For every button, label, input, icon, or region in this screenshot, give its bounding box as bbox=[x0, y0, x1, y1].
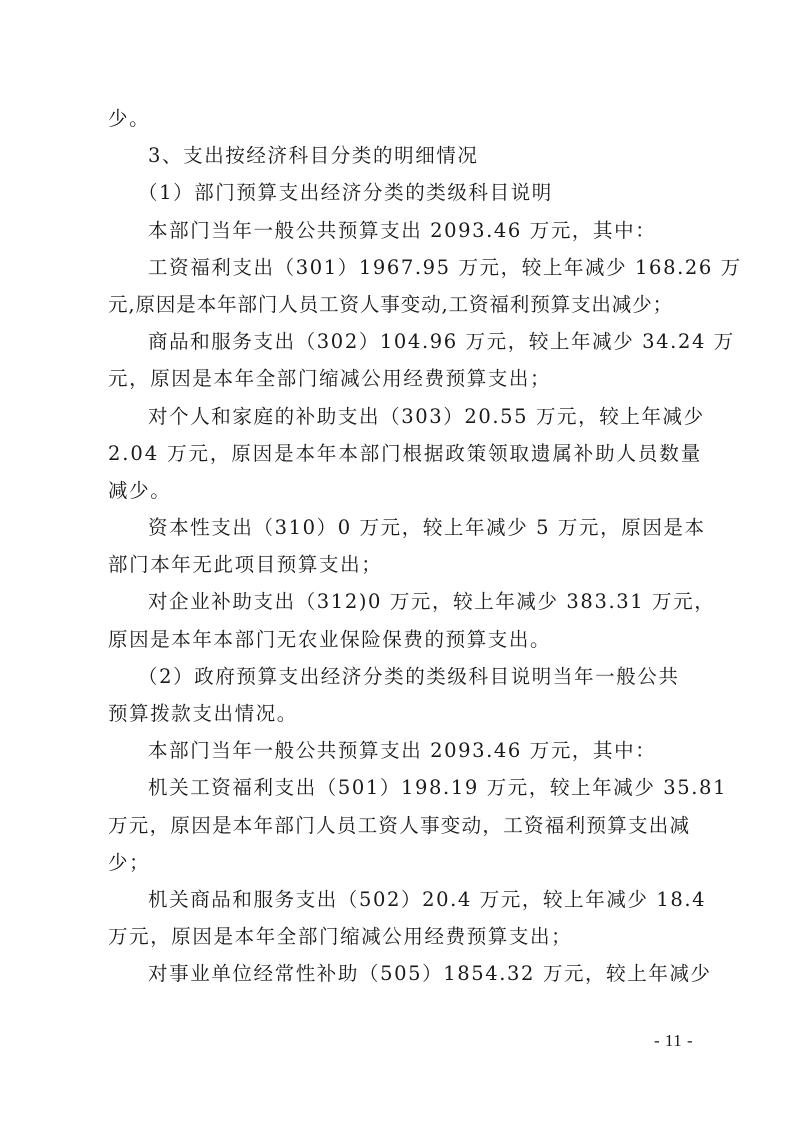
text-line: 少； bbox=[108, 844, 698, 881]
text-line: 原因是本年本部门无农业保险保费的预算支出。 bbox=[108, 621, 698, 658]
text-line: 资本性支出（310）0 万元，较上年减少 5 万元，原因是本 bbox=[108, 509, 698, 546]
text-line: 对企业补助支出（312)0 万元，较上年减少 383.31 万元， bbox=[108, 583, 698, 620]
text-line: 2.04 万元，原因是本年本部门根据政策领取遗属补助人员数量 bbox=[108, 435, 698, 472]
text-line: 少。 bbox=[108, 100, 698, 137]
text-line: 商品和服务支出（302）104.96 万元，较上年减少 34.24 万 bbox=[108, 323, 698, 360]
text-line: 部门本年无此项目预算支出； bbox=[108, 546, 698, 583]
text-line: 预算拨款支出情况。 bbox=[108, 695, 698, 732]
text-line: 元，原因是本年全部门缩减公用经费预算支出； bbox=[108, 360, 698, 397]
text-line: 对事业单位经常性补助（505）1854.32 万元，较上年减少 bbox=[108, 955, 698, 992]
subsection-heading: （1）部门预算支出经济分类的类级科目说明 bbox=[108, 174, 698, 211]
text-line: 机关商品和服务支出（502）20.4 万元，较上年减少 18.4 bbox=[108, 881, 698, 918]
text-line: 对个人和家庭的补助支出（303）20.55 万元，较上年减少 bbox=[108, 398, 698, 435]
text-line: 万元，原因是本年全部门缩减公用经费预算支出； bbox=[108, 918, 698, 955]
subsection-heading: （2）政府预算支出经济分类的类级科目说明当年一般公共 bbox=[108, 658, 698, 695]
text-line: 本部门当年一般公共预算支出 2093.46 万元，其中： bbox=[108, 212, 698, 249]
text-line: 减少。 bbox=[108, 472, 698, 509]
text-line: 本部门当年一般公共预算支出 2093.46 万元，其中： bbox=[108, 732, 698, 769]
page-number: - 11 - bbox=[654, 1031, 693, 1051]
text-line: 元,原因是本年部门人员工资人事变动,工资福利预算支出减少； bbox=[108, 286, 698, 323]
section-heading: 3、支出按经济科目分类的明细情况 bbox=[108, 137, 698, 174]
text-line: 工资福利支出（301）1967.95 万元，较上年减少 168.26 万 bbox=[108, 249, 698, 286]
text-line: 机关工资福利支出（501）198.19 万元，较上年减少 35.81 bbox=[108, 769, 698, 806]
text-line: 万元，原因是本年部门人员工资人事变动，工资福利预算支出减 bbox=[108, 807, 698, 844]
document-body: 少。 3、支出按经济科目分类的明细情况 （1）部门预算支出经济分类的类级科目说明… bbox=[108, 100, 698, 993]
